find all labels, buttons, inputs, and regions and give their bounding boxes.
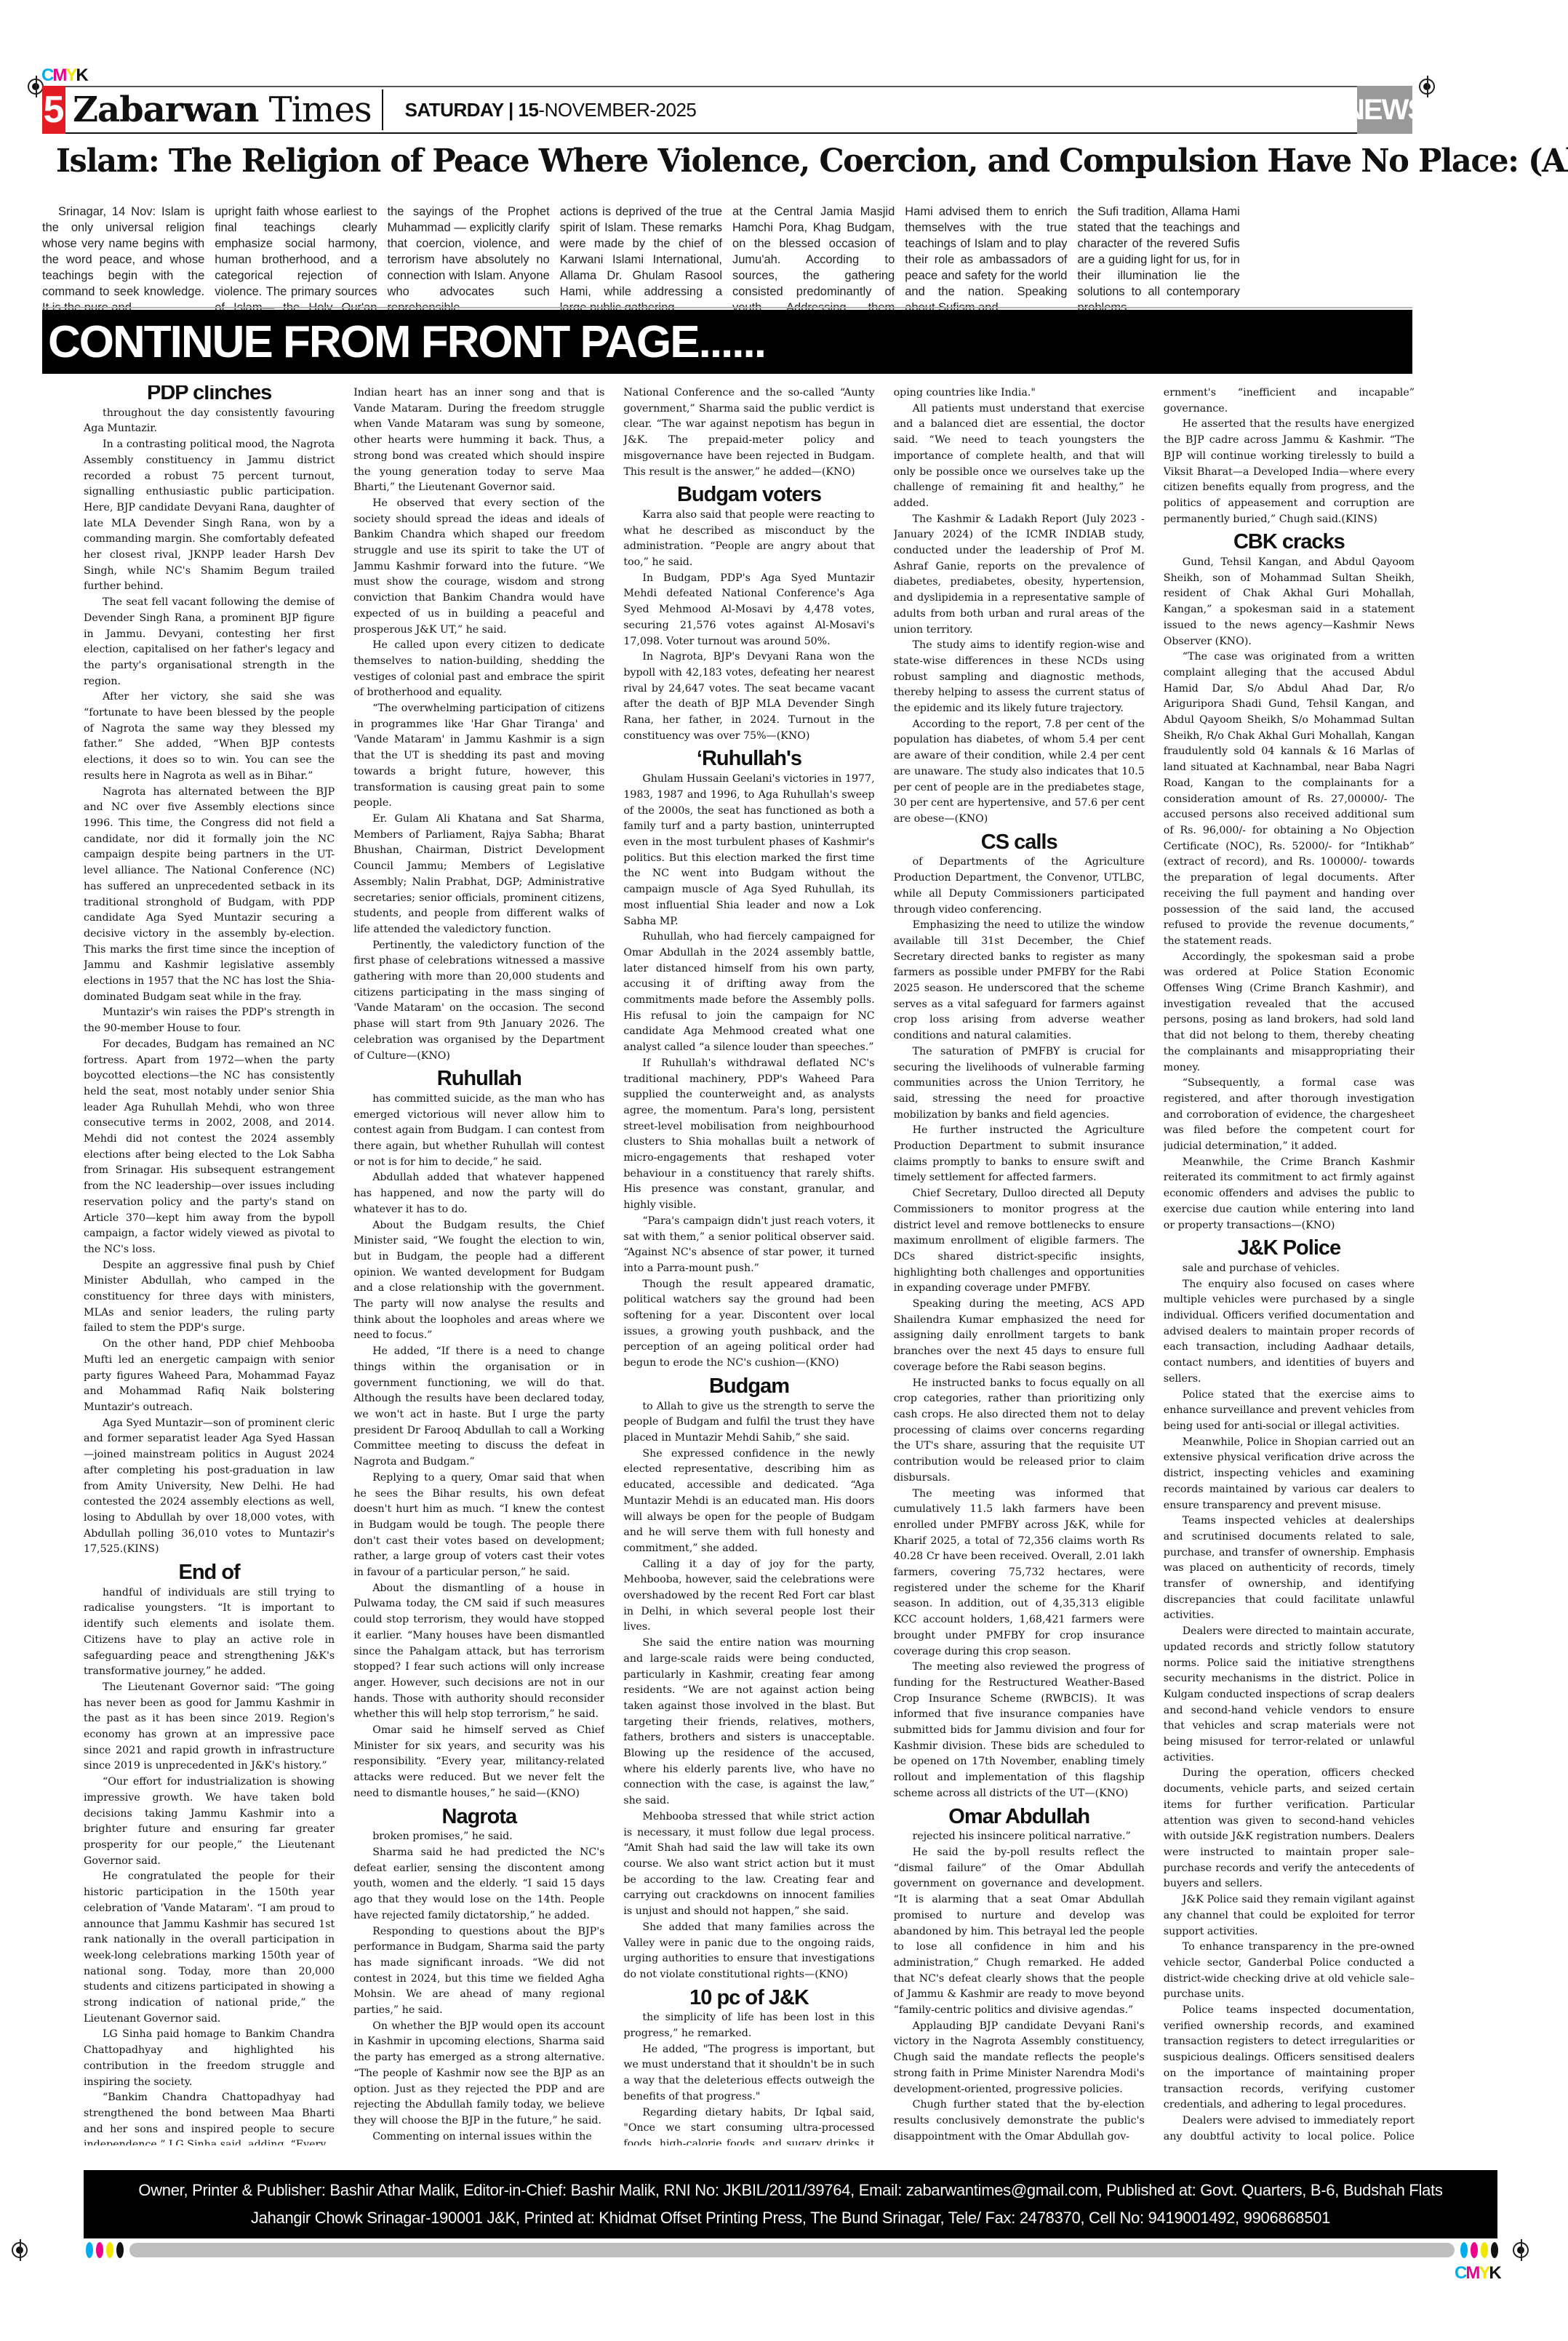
article-paragraph: She expressed confidence in the newly el… xyxy=(623,1446,874,1557)
article-paragraph: Responding to questions about the BJP's … xyxy=(353,1924,604,2019)
cmyk-label-bottom: CMYK xyxy=(1455,2263,1500,2284)
grey-bar xyxy=(129,2243,1455,2257)
article-paragraph: “The case was originated from a written … xyxy=(1164,649,1415,949)
article-paragraph: He called upon every citizen to dedicate… xyxy=(353,638,604,701)
article-paragraph: The Kashmir & Ladakh Report (July 2023 -… xyxy=(894,512,1145,639)
article-paragraph: The enquiry also focused on cases where … xyxy=(1164,1277,1415,1388)
section-heading: Omar Abdullah xyxy=(894,1809,1145,1825)
news-column: oping countries like India."All patients… xyxy=(894,385,1145,2145)
imprint-footer: Owner, Printer & Publisher: Bashir Athar… xyxy=(84,2170,1497,2238)
newspaper-name: Zabarwan Times xyxy=(73,89,372,130)
article-paragraph: On the other hand, PDP chief Mehbooba Mu… xyxy=(84,1337,335,1416)
article-paragraph: She added that many families across the … xyxy=(623,1920,874,1983)
article-paragraph: broken promises,” he said. xyxy=(353,1829,604,1845)
article-paragraph: Dealers were advised to immediately repo… xyxy=(1164,2113,1415,2145)
article-paragraph: Mehbooba stressed that while strict acti… xyxy=(623,1809,874,1920)
color-swatch xyxy=(1471,2242,1478,2258)
section-heading: Ruhullah xyxy=(353,1071,604,1087)
article-paragraph: In a contrasting political mood, the Nag… xyxy=(84,437,335,595)
article-paragraph: Though the result appeared dramatic, pol… xyxy=(623,1277,874,1372)
color-swatch xyxy=(106,2242,113,2258)
article-paragraph: Meanwhile, Police in Shopian carried out… xyxy=(1164,1435,1415,1514)
cmyk-label-top: CMYK xyxy=(41,65,87,86)
article-paragraph: If Ruhullah's withdrawal deflated NC's t… xyxy=(623,1056,874,1214)
article-paragraph: Gund, Tehsil Kangan, and Abdul Qayoom Sh… xyxy=(1164,555,1415,649)
article-paragraph: During the operation, officers checked d… xyxy=(1164,1766,1415,1892)
article-paragraph: The seat fell vacant following the demis… xyxy=(84,595,335,689)
article-paragraph: Commenting on internal issues within the xyxy=(353,2129,604,2145)
article-paragraph: to Allah to give us the strength to serv… xyxy=(623,1399,874,1446)
section-label: NEWS xyxy=(1357,86,1412,134)
article-paragraph: Applauding BJP candidate Devyani Rani's … xyxy=(894,2019,1145,2098)
article-paragraph: Sharma said he had predicted the NC's de… xyxy=(353,1845,604,1924)
article-paragraph: Police teams inspected documentation, ve… xyxy=(1164,2003,1415,2113)
color-swatch xyxy=(116,2242,124,2258)
article-paragraph: Dealers were directed to maintain accura… xyxy=(1164,1624,1415,1766)
masthead: 5 Zabarwan Times SATURDAY | 15-NOVEMBER-… xyxy=(42,86,1357,134)
article-paragraph: rejected his insincere political narrati… xyxy=(894,1829,1145,1845)
article-paragraph: Replying to a query, Omar said that when… xyxy=(353,1470,604,1581)
article-paragraph: Despite an aggressive final push by Chie… xyxy=(84,1258,335,1337)
article-paragraph: About the Budgam results, the Chief Mini… xyxy=(353,1218,604,1345)
article-paragraph: “Para's campaign didn't just reach voter… xyxy=(623,1214,874,1277)
masthead-divider xyxy=(382,89,383,130)
article-paragraph: Police stated that the exercise aims to … xyxy=(1164,1388,1415,1435)
article-paragraph: For decades, Budgam has remained an NC f… xyxy=(84,1037,335,1258)
color-calibration-bar xyxy=(86,2241,1498,2259)
article-paragraph: The study aims to identify region-wise a… xyxy=(894,638,1145,717)
article-paragraph: In Budgam, PDP's Aga Syed Muntazir Mehdi… xyxy=(623,571,874,650)
article-paragraph: Speaking during the meeting, ACS APD Sha… xyxy=(894,1297,1145,1376)
article-paragraph: Nagrota has alternated between the BJP a… xyxy=(84,785,335,1006)
color-swatch xyxy=(96,2242,103,2258)
registration-mark-icon xyxy=(12,2242,28,2258)
article-paragraph: has committed suicide, as the man who ha… xyxy=(353,1092,604,1171)
article-paragraph: He instructed banks to focus equally on … xyxy=(894,1376,1145,1486)
article-paragraph: Ruhullah, who had fiercely campaigned fo… xyxy=(623,929,874,1056)
article-paragraph: ernment's “inefficient and incapable” go… xyxy=(1164,385,1415,417)
article-paragraph: The saturation of PMFBY is crucial for s… xyxy=(894,1044,1145,1124)
article-paragraph: sale and purchase of vehicles. xyxy=(1164,1261,1415,1277)
article-paragraph: Teams inspected vehicles at dealerships … xyxy=(1164,1513,1415,1624)
registration-mark-icon xyxy=(28,79,44,95)
article-paragraph: oping countries like India." xyxy=(894,385,1145,401)
article-paragraph: of Departments of the Agriculture Produc… xyxy=(894,855,1145,918)
article-paragraph: Indian heart has an inner song and that … xyxy=(353,385,604,496)
article-paragraph: “Bankim Chandra Chattopadhyay had streng… xyxy=(84,2090,335,2145)
section-heading: CS calls xyxy=(894,835,1145,851)
color-swatch xyxy=(1481,2242,1488,2258)
article-paragraph: throughout the day consistently favourin… xyxy=(84,406,335,437)
article-paragraph: handful of individuals are still trying … xyxy=(84,1585,335,1680)
article-paragraph: The Lieutenant Governor said: “The going… xyxy=(84,1680,335,1774)
news-column: Indian heart has an inner song and that … xyxy=(353,385,604,2145)
article-paragraph: “The overwhelming participation of citiz… xyxy=(353,701,604,812)
article-paragraph: Omar said he himself served as Chief Min… xyxy=(353,1723,604,1802)
news-column: PDP clinchesthroughout the day consisten… xyxy=(84,385,335,2145)
article-paragraph: Karra also said that people were reactin… xyxy=(623,508,874,571)
article-paragraph: Calling it a day of joy for the party, M… xyxy=(623,1557,874,1636)
color-swatch xyxy=(86,2242,93,2258)
article-paragraph: On whether the BJP would open its accoun… xyxy=(353,2019,604,2129)
article-paragraph: He added, "The progress is important, bu… xyxy=(623,2042,874,2105)
article-paragraph: “Our effort for industrialization is sho… xyxy=(84,1774,335,1869)
article-paragraph: All patients must understand that exerci… xyxy=(894,401,1145,512)
imprint-line-2: Jahangir Chowk Srinagar-190001 J&K, Prin… xyxy=(84,2204,1497,2232)
article-paragraph: Accordingly, the spokesman said a probe … xyxy=(1164,950,1415,1076)
news-column: ernment's “inefficient and incapable” go… xyxy=(1164,385,1415,2145)
article-paragraph: Abdullah added that whatever happened ha… xyxy=(353,1170,604,1217)
article-paragraph: He said the by-poll results reflect the … xyxy=(894,1845,1145,2019)
article-paragraph: In Nagrota, BJP's Devyani Rana won the b… xyxy=(623,649,874,744)
article-paragraph: He asserted that the results have energi… xyxy=(1164,417,1415,527)
registration-mark-icon xyxy=(1513,2242,1529,2258)
article-paragraph: Chief Secretary, Dulloo directed all Dep… xyxy=(894,1186,1145,1297)
article-paragraph: He further instructed the Agriculture Pr… xyxy=(894,1123,1145,1186)
article-paragraph: He congratulated the people for their hi… xyxy=(84,1869,335,2027)
article-paragraph: According to the report, 7.8 per cent of… xyxy=(894,717,1145,828)
color-swatch xyxy=(1491,2242,1498,2258)
article-paragraph: She said the entire nation was mourning … xyxy=(623,1636,874,1809)
color-swatch xyxy=(1460,2242,1468,2258)
article-paragraph: Meanwhile, the Crime Branch Kashmir reit… xyxy=(1164,1155,1415,1234)
article-paragraph: After her victory, she said she was “for… xyxy=(84,689,335,784)
divider xyxy=(42,307,1412,308)
article-paragraph: “Subsequently, a formal case was registe… xyxy=(1164,1076,1415,1155)
imprint-line-1: Owner, Printer & Publisher: Bashir Athar… xyxy=(84,2177,1497,2204)
section-heading: Budgam voters xyxy=(623,487,874,503)
section-heading: PDP clinches xyxy=(84,385,335,401)
article-paragraph: Er. Gulam Ali Khatana and Sat Sharma, Me… xyxy=(353,812,604,938)
article-paragraph: About the dismantling of a house in Pulw… xyxy=(353,1581,604,1723)
article-paragraph: Aga Syed Muntazir—son of prominent cleri… xyxy=(84,1416,335,1558)
section-heading: End of xyxy=(84,1565,335,1581)
page-number: 5 xyxy=(42,86,65,134)
continue-banner: CONTINUE FROM FRONT PAGE...... xyxy=(42,310,1412,374)
section-heading: ‘Ruhullah's xyxy=(623,751,874,767)
article-paragraph: the simplicity of life has been lost in … xyxy=(623,2010,874,2041)
section-heading: J&K Police xyxy=(1164,1241,1415,1257)
dateline: SATURDAY | 15-NOVEMBER-2025 xyxy=(405,99,697,121)
article-paragraph: Emphasizing the need to utilize the wind… xyxy=(894,918,1145,1044)
article-paragraph: Pertinently, the valedictory function of… xyxy=(353,938,604,1065)
article-paragraph: Muntazir's win raises the PDP's strength… xyxy=(84,1005,335,1036)
section-heading: 10 pc of J&K xyxy=(623,1990,874,2006)
lead-headline: Islam: The Religion of Peace Where Viole… xyxy=(56,143,1399,180)
article-paragraph: Chugh further stated that the by-electio… xyxy=(894,2097,1145,2145)
article-paragraph: J&K Police said they remain vigilant aga… xyxy=(1164,1892,1415,1940)
article-paragraph: LG Sinha paid homage to Bankim Chandra C… xyxy=(84,2027,335,2090)
continued-stories: PDP clinchesthroughout the day consisten… xyxy=(84,385,1415,2145)
article-paragraph: National Conference and the so-called “A… xyxy=(623,385,874,480)
news-column: National Conference and the so-called “A… xyxy=(623,385,874,2145)
article-paragraph: To enhance transparency in the pre-owned… xyxy=(1164,1940,1415,2003)
registration-mark-icon xyxy=(1419,79,1435,95)
article-paragraph: Ghulam Hussain Geelani's victories in 19… xyxy=(623,772,874,929)
article-paragraph: Regarding dietary habits, Dr Iqbal said,… xyxy=(623,2105,874,2145)
article-paragraph: He observed that every section of the so… xyxy=(353,496,604,638)
article-paragraph: The meeting was informed that cumulative… xyxy=(894,1486,1145,1660)
section-heading: CBK cracks xyxy=(1164,535,1415,551)
article-paragraph: The meeting also reviewed the progress o… xyxy=(894,1660,1145,1801)
article-paragraph: He added, “If there is a need to change … xyxy=(353,1344,604,1470)
section-heading: Nagrota xyxy=(353,1809,604,1825)
section-heading: Budgam xyxy=(623,1379,874,1395)
